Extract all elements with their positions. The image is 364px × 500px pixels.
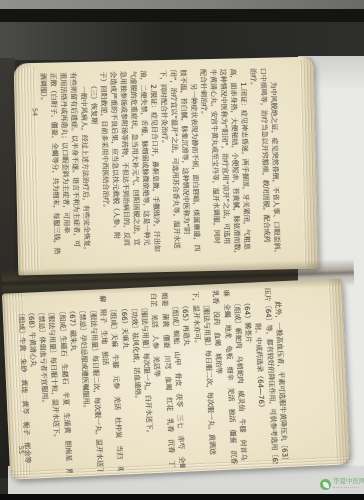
scanner-bed-top-black (0, 9, 364, 22)
scanner-bed-bottom-black (0, 494, 364, 500)
page-right-lines: 此外，一般高血压者，平素可选服牛黄降压丸〔63〕或降压片〔64〕等，都有较好的降… (14, 287, 289, 475)
book-page-right: 此外，一般高血压者，平素可选服牛黄降压丸〔63〕或降压片〔64〕等，都有较好的降… (2, 278, 350, 479)
page-number-right: 55 (17, 446, 25, 455)
scanned-book-photo: 为中风脱绝之证，症见突然昏倒，不省人事、口眼歪斜、口中痰鸣等，治疗当急以开窍豁痰… (0, 0, 364, 500)
site-watermark: 华夏中医网 (320, 478, 362, 496)
page-left-lines: 为中风脱绝之证，症见突然昏倒，不省人事、口眼歪斜、口中痰鸣等，治疗当急以开窍豁痰… (38, 67, 282, 260)
page-right-text-block: 此外，一般高血压者，平素可选服牛黄降压丸〔63〕或降压片〔64〕等，都有较好的降… (14, 287, 290, 475)
book-page-left: 为中风脱绝之证，症见突然昏倒，不省人事、口眼歪斜、口中痰鸣等，治疗当急以开窍豁痰… (14, 57, 319, 276)
scanner-bed-top-light (0, 0, 364, 9)
page-left-text-block: 为中风脱绝之证，症见突然昏倒，不省人事、口眼歪斜、口中痰鸣等，治疗当急以开窍豁痰… (36, 67, 282, 260)
leaf-logo-icon (320, 479, 331, 490)
scanner-bed-top-gray (0, 22, 364, 60)
page-number-left: 54 (31, 108, 39, 116)
watermark-url-line (333, 487, 359, 488)
watermark-site-name: 华夏中医网 (333, 478, 364, 485)
